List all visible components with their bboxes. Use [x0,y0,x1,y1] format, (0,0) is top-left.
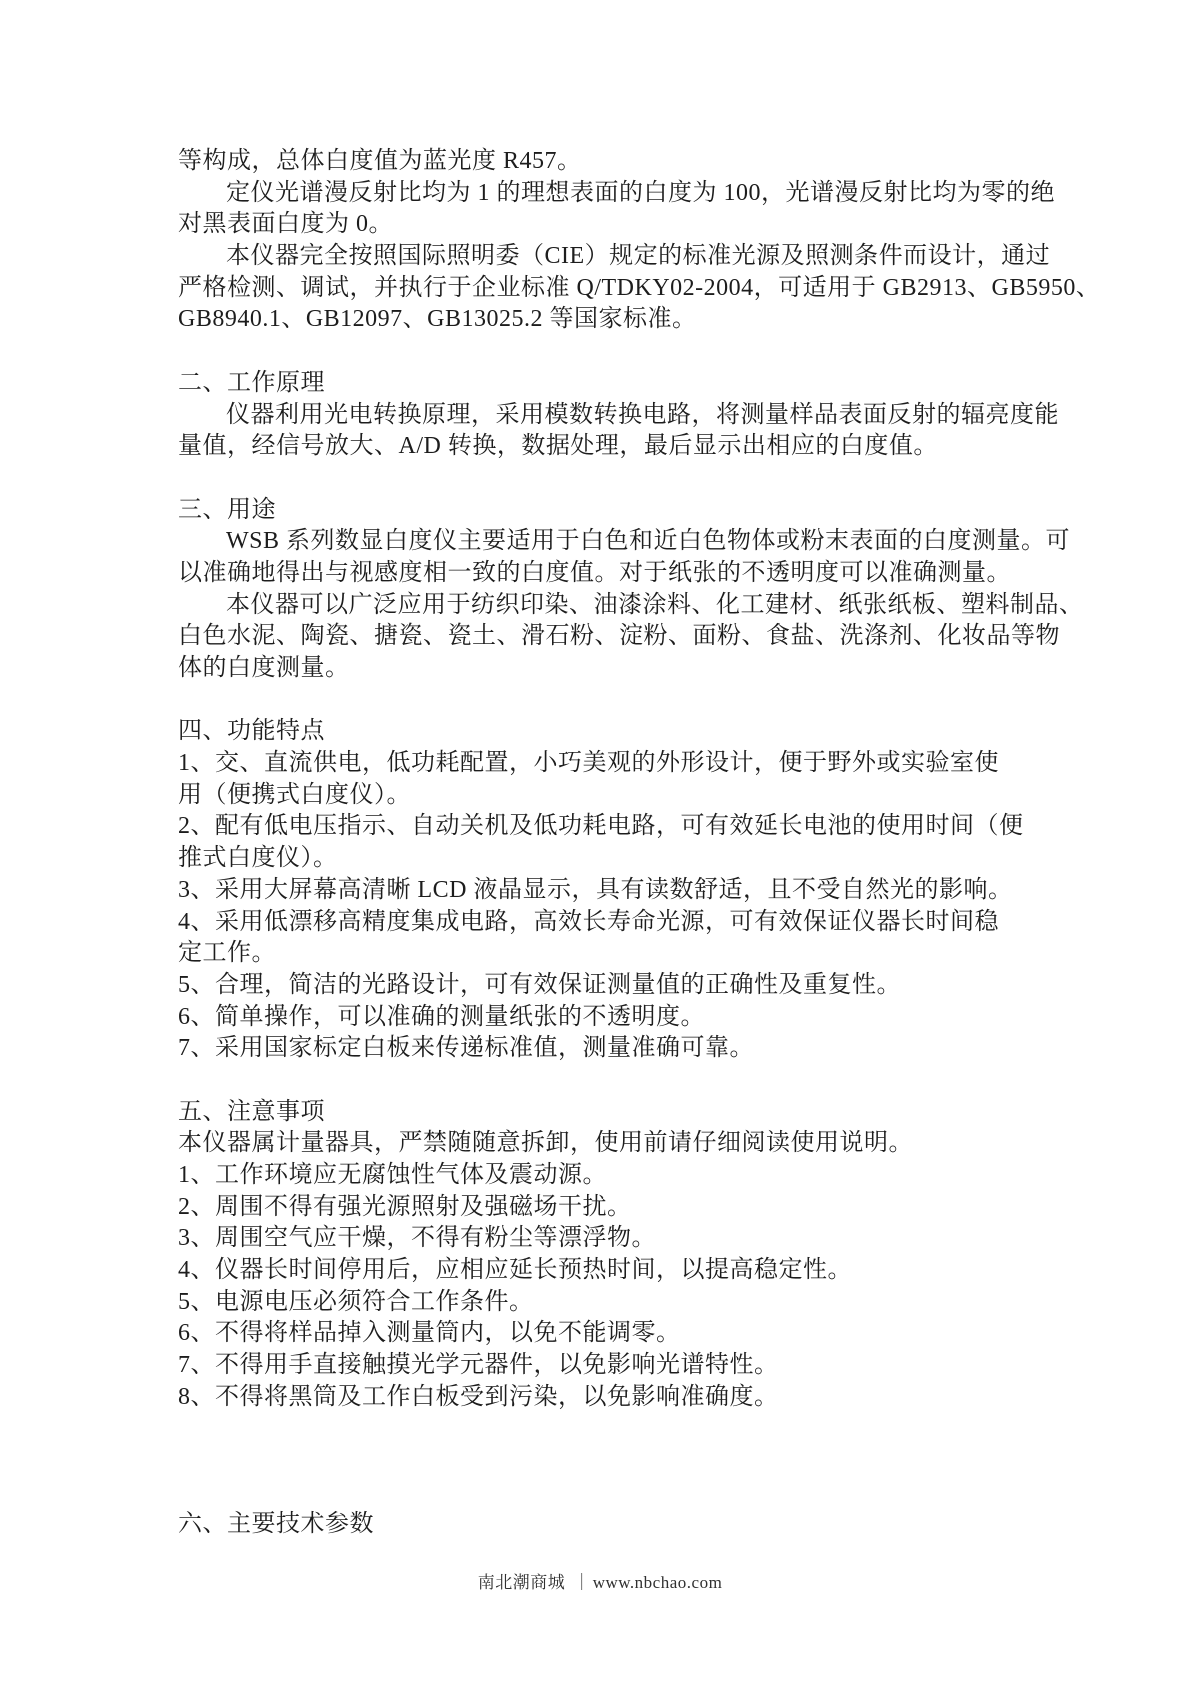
text-line: 8、不得将黑筒及工作白板受到污染，以免影响准确度。 [178,1382,1080,1414]
text-line: 仪器利用光电转换原理，采用模数转换电路，将测量样品表面反射的辐亮度能 [178,400,1080,432]
text-line: 本仪器可以广泛应用于纺织印染、油漆涂料、化工建材、纸张纸板、塑料制品、 [178,590,1080,622]
section-heading: 六、主要技术参数 [178,1509,1080,1541]
text-line: 本仪器属计量器具，严禁随随意拆卸，使用前请仔细阅读使用说明。 [178,1128,1080,1160]
section-heading: 二、工作原理 [178,368,1080,400]
document-page: 等构成，总体白度值为蓝光度 R457。定仪光谱漫反射比均为 1 的理想表面的白度… [0,0,1200,1697]
document-body: 等构成，总体白度值为蓝光度 R457。定仪光谱漫反射比均为 1 的理想表面的白度… [178,146,1080,1540]
text-line: 2、配有低电压指示、自动关机及低功耗电路，可有效延长电池的使用时间（便 [178,811,1080,843]
section-heading: 四、功能特点 [178,716,1080,748]
text-line: GB8940.1、GB12097、GB13025.2 等国家标准。 [178,304,1080,336]
text-line: 3、周围空气应干燥，不得有粉尘等漂浮物。 [178,1223,1080,1255]
text-line: 1、交、直流供电，低功耗配置，小巧美观的外形设计，便于野外或实验室使 [178,748,1080,780]
text-line: 白色水泥、陶瓷、搪瓷、瓷土、滑石粉、淀粉、面粉、食盐、洗涤剂、化妆品等物 [178,621,1080,653]
section-heading: 五、注意事项 [178,1097,1080,1129]
text-line: 体的白度测量。 [178,653,1080,685]
section-heading: 三、用途 [178,495,1080,527]
text-line: 4、采用低漂移高精度集成电路，高效长寿命光源，可有效保证仪器长时间稳 [178,907,1080,939]
text-line: 7、采用国家标定白板来传递标准值，测量准确可靠。 [178,1033,1080,1065]
text-line: 5、电源电压必须符合工作条件。 [178,1287,1080,1319]
text-line: 严格检测、调试，并执行于企业标准 Q/TDKY02-2004，可适用于 GB29… [178,273,1080,305]
footer-url: www.nbchao.com [593,1573,723,1592]
text-line: 定仪光谱漫反射比均为 1 的理想表面的白度为 100，光谱漫反射比均为零的绝 [178,178,1080,210]
footer-separator: ｜ [573,1573,591,1592]
text-line: 定工作。 [178,938,1080,970]
footer-site-name: 南北潮商城 [478,1573,566,1592]
text-line: 3、采用大屏幕高清晰 LCD 液晶显示，具有读数舒适，且不受自然光的影响。 [178,875,1080,907]
text-line: 1、工作环境应无腐蚀性气体及震动源。 [178,1160,1080,1192]
text-line: 以准确地得出与视感度相一致的白度值。对于纸张的不透明度可以准确测量。 [178,558,1080,590]
page-footer: 南北潮商城｜www.nbchao.com [0,1568,1200,1593]
text-line: 推式白度仪）。 [178,843,1080,875]
text-line: 4、仪器长时间停用后，应相应延长预热时间，以提高稳定性。 [178,1255,1080,1287]
text-line: 6、简单操作，可以准确的测量纸张的不透明度。 [178,1002,1080,1034]
text-line: 7、不得用手直接触摸光学元器件，以免影响光谱特性。 [178,1350,1080,1382]
text-line: 量值，经信号放大、A/D 转换，数据处理，最后显示出相应的白度值。 [178,431,1080,463]
text-line: WSB 系列数显白度仪主要适用于白色和近白色物体或粉末表面的白度测量。可 [178,526,1080,558]
text-line: 本仪器完全按照国际照明委（CIE）规定的标准光源及照测条件而设计，通过 [178,241,1080,273]
text-line: 用（便携式白度仪）。 [178,780,1080,812]
text-line: 2、周围不得有强光源照射及强磁场干扰。 [178,1192,1080,1224]
text-line: 6、不得将样品掉入测量筒内，以免不能调零。 [178,1318,1080,1350]
text-line: 对黑表面白度为 0。 [178,209,1080,241]
text-line: 5、合理，简洁的光路设计，可有效保证测量值的正确性及重复性。 [178,970,1080,1002]
text-line: 等构成，总体白度值为蓝光度 R457。 [178,146,1080,178]
